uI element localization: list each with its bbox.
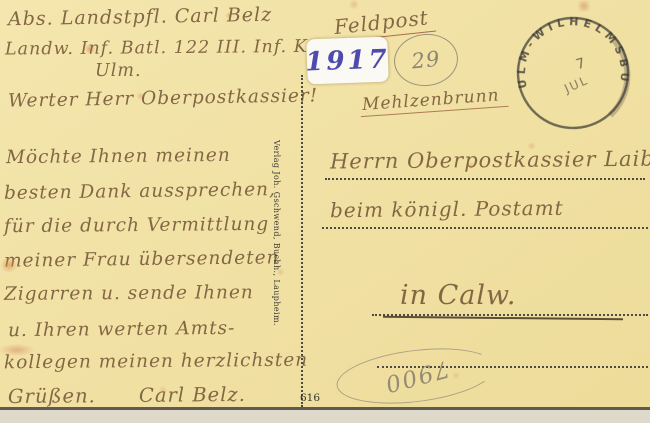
- sender-line-1: Abs. Landstpfl. Carl Belz: [8, 4, 273, 31]
- pencil-number-bottom: 7900: [380, 355, 451, 397]
- address-pen-underline: [383, 316, 623, 321]
- message-line: Werter Herr Oberpostkassier!: [8, 85, 318, 111]
- postmark-month: JUL: [561, 73, 590, 96]
- message-signature-line: Grüßen. Carl Belz.: [8, 383, 246, 408]
- message-line: besten Dank aussprechen,: [4, 179, 276, 204]
- address-line-2: beim königl. Postamt: [330, 196, 564, 222]
- postmark-day: 7: [574, 55, 587, 73]
- year-label-text: 1917: [305, 44, 390, 77]
- address-divider-dotted-line: [301, 75, 303, 407]
- route-note: Mehlzenbrunn: [359, 85, 508, 117]
- message-line: meiner Frau übersendeten: [4, 247, 280, 271]
- pencil-number-top: 29: [410, 47, 441, 74]
- archival-year-label: 1917: [306, 37, 389, 85]
- address-rule-1: [325, 178, 645, 180]
- address-line-1: Herrn Oberpostkassier Laible: [330, 146, 650, 173]
- foxing-spot: [348, 0, 360, 9]
- message-line: kollegen meinen herzlichsten: [4, 350, 308, 374]
- postmark-outer-ring: [511, 11, 635, 135]
- address-line-3: in Calw.: [400, 280, 517, 311]
- sender-line-2: Landw. Inf. Batl. 122 III. Inf. Komp.: [5, 36, 355, 59]
- message-line: Möchte Ihnen meinen: [6, 145, 231, 168]
- publisher-imprint: Verlag Joh. Gschwend, Buchh., Laupheim.: [272, 140, 281, 355]
- card-number: 616: [300, 392, 320, 404]
- message-line: für die durch Vermittlung: [4, 214, 269, 237]
- pencil-circle-7900: 7900: [333, 340, 498, 411]
- sender-line-3: Ulm.: [95, 61, 142, 81]
- postcard-back: Abs. Landstpfl. Carl Belz Landw. Inf. Ba…: [0, 0, 650, 408]
- card-bottom-edge: [0, 407, 650, 410]
- message-line: Zigarren u. sende Ihnen: [4, 282, 254, 305]
- pencil-circle-29: 29: [391, 31, 460, 89]
- message-line: u. Ihren werten Amts-: [8, 318, 236, 341]
- postcard-scan: Abs. Landstpfl. Carl Belz Landw. Inf. Ba…: [0, 0, 650, 423]
- address-rule-2: [322, 227, 648, 229]
- postmark-stamp: ULM-WILHELMSBURG 7 JUL: [504, 4, 642, 142]
